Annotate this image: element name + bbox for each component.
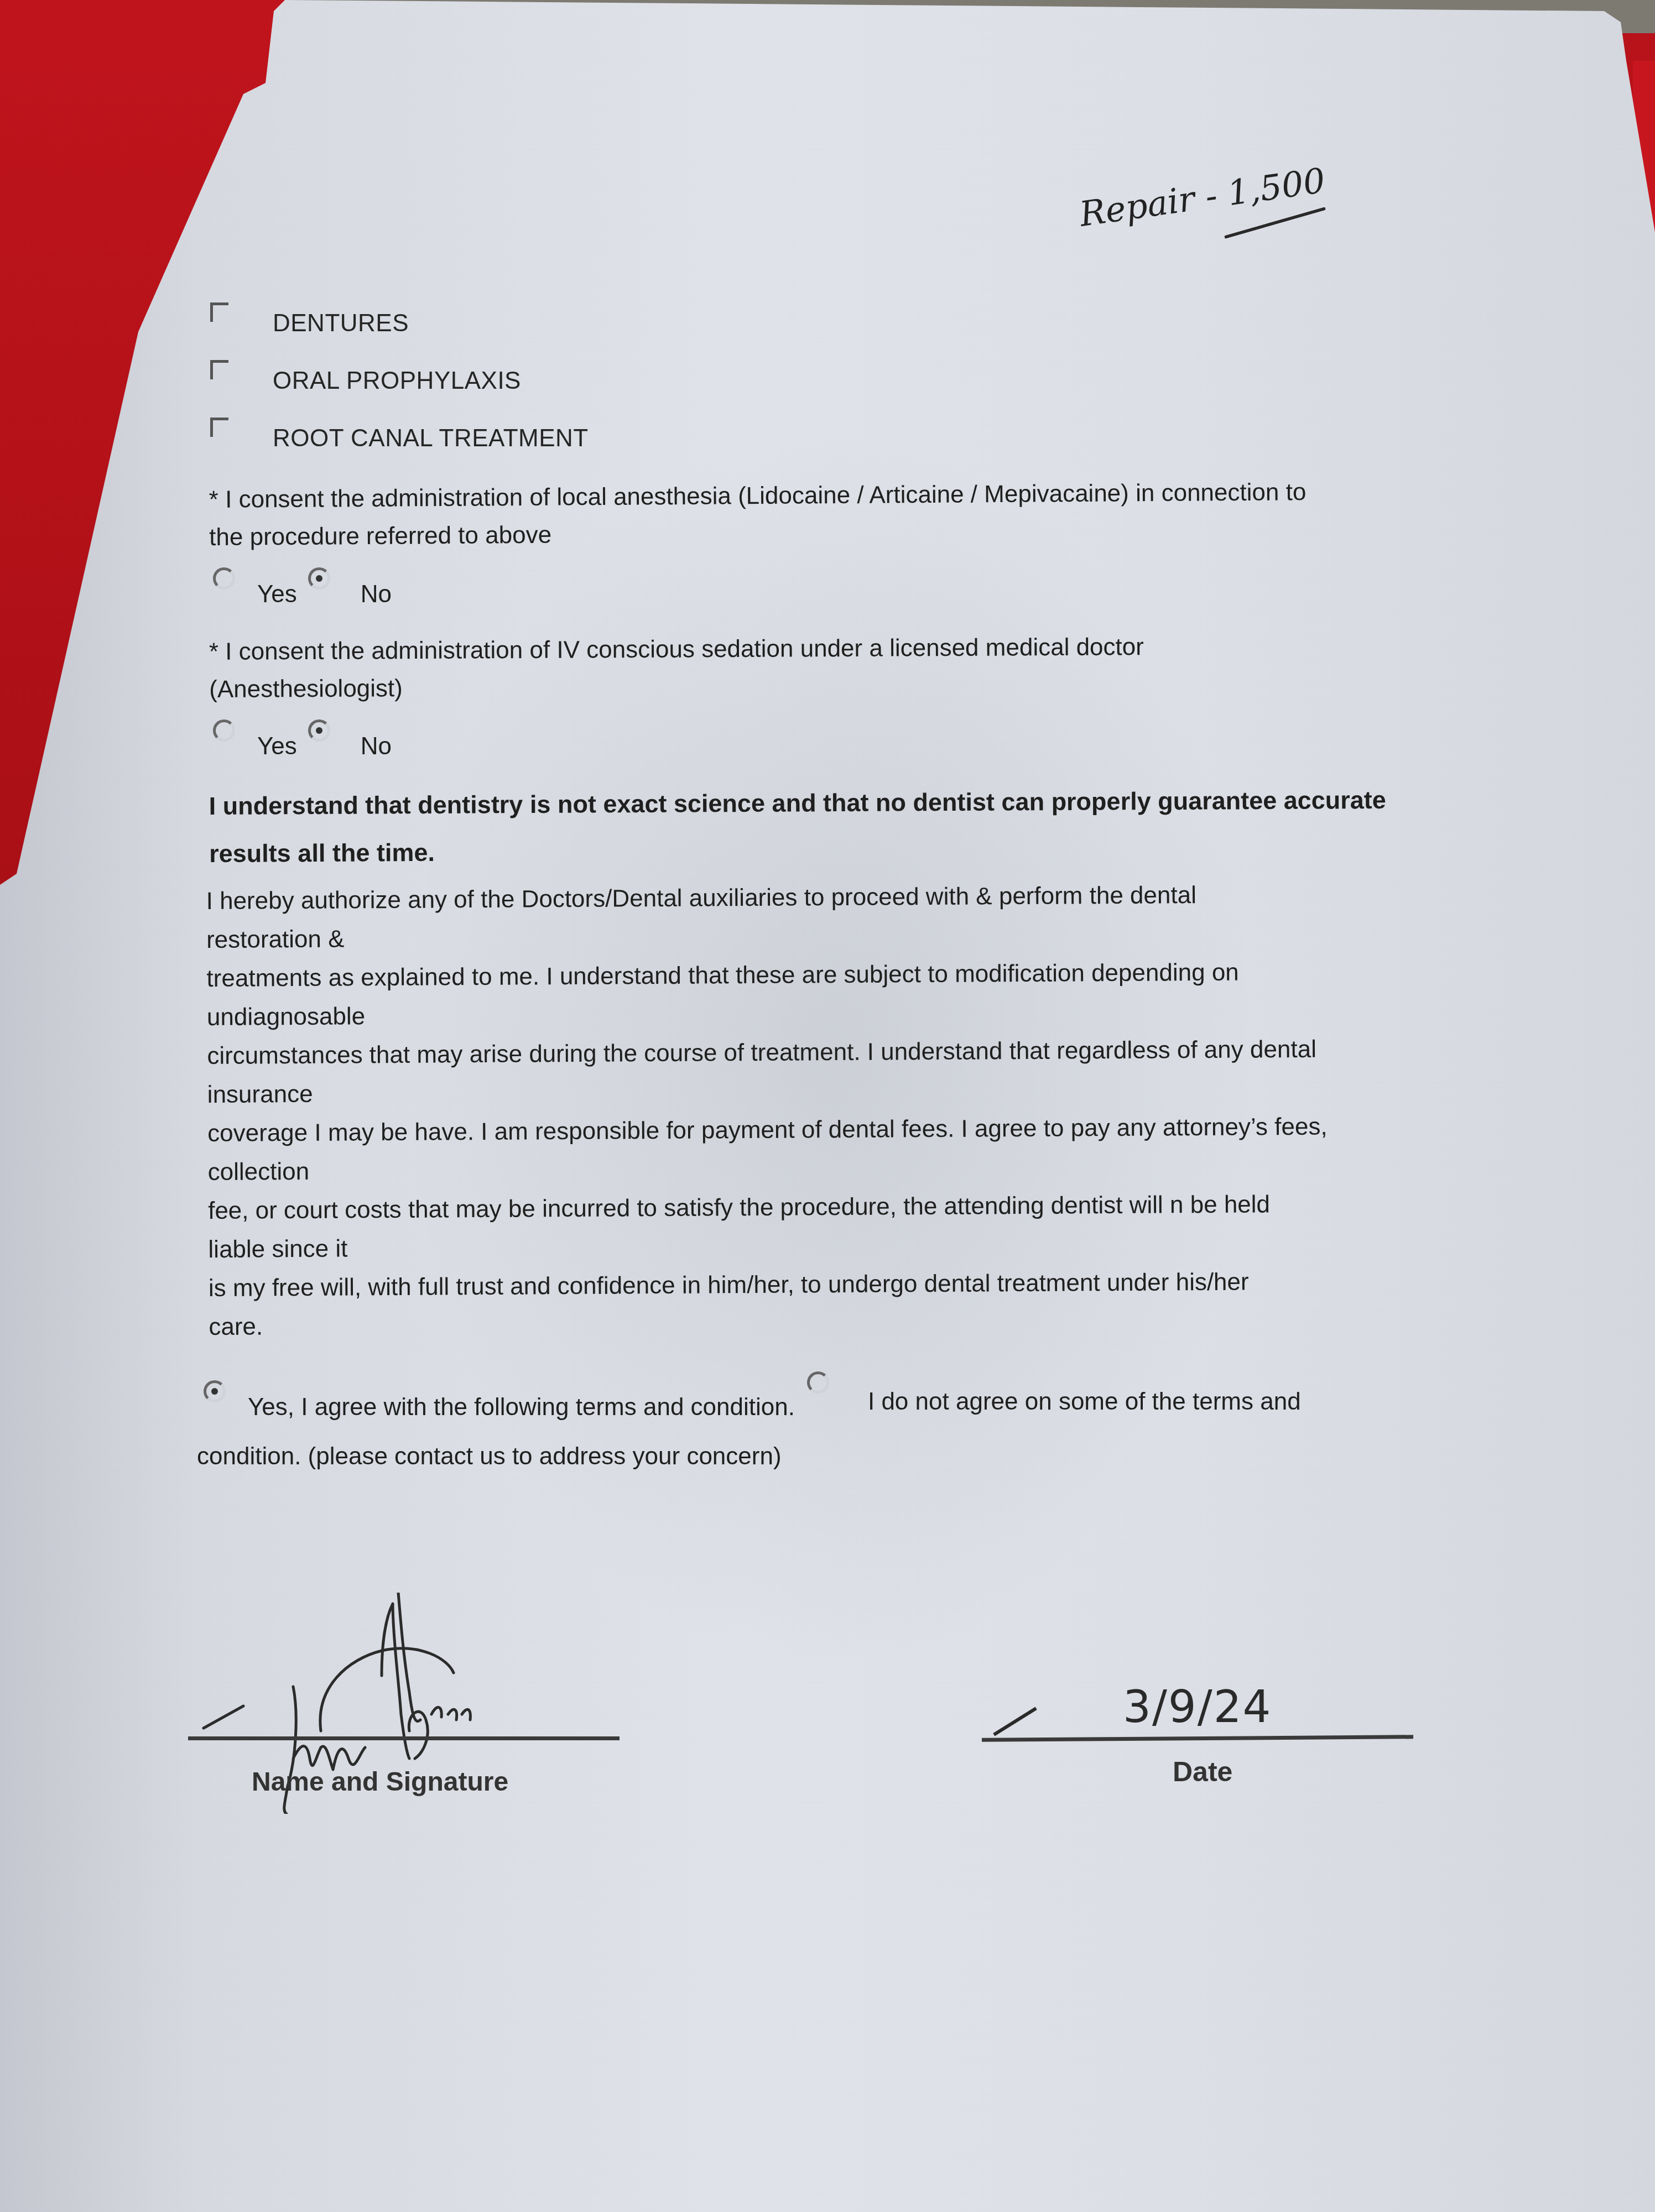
radio-disagree-icon[interactable] [807, 1371, 829, 1394]
date-tick-mark [993, 1707, 1037, 1736]
radio-label-no: No [361, 733, 392, 760]
agreement-options: Yes, I agree with the following terms an… [204, 1394, 1301, 1421]
radio-agree-icon[interactable] [204, 1380, 226, 1402]
disagree-label: I do not agree on some of the terms and [868, 1388, 1301, 1416]
authorization-line: treatments as explained to me. I underst… [206, 953, 1326, 998]
authorization-line: restoration & [206, 914, 1326, 959]
radio-label-yes: Yes [257, 733, 297, 760]
agree-label: Yes, I agree with the following terms an… [248, 1394, 795, 1421]
checkbox-icon[interactable] [210, 360, 228, 379]
radio-no-icon[interactable] [308, 719, 330, 742]
procedure-root-canal[interactable]: ROOT CANAL TREATMENT [210, 425, 589, 452]
date-caption: Date [1173, 1756, 1232, 1788]
procedure-label: ROOT CANAL TREATMENT [273, 425, 589, 452]
radio-label-no: No [361, 581, 392, 608]
disclaimer-line: results all the time. [209, 824, 1386, 878]
radio-label-yes: Yes [257, 581, 297, 608]
authorization-line: fee, or court costs that may be incurred… [208, 1185, 1328, 1230]
disagree-label-continued: condition. (please contact us to address… [197, 1438, 782, 1475]
authorization-line: undiagnosable [207, 992, 1327, 1037]
consent-line: * I consent the administration of IV con… [209, 628, 1144, 671]
authorization-paragraph: I hereby authorize any of the Doctors/De… [206, 875, 1328, 1347]
checkbox-icon[interactable] [210, 418, 228, 437]
local-anesthesia-options: Yes No [213, 581, 392, 608]
handwritten-note: Repair - 1,500 [1077, 160, 1328, 234]
authorization-line: circumstances that may arise during the … [207, 1030, 1327, 1076]
procedure-label: ORAL PROPHYLAXIS [273, 367, 521, 395]
checkbox-icon[interactable] [210, 302, 228, 322]
authorization-line: liable since it [208, 1224, 1328, 1269]
radio-yes-icon[interactable] [213, 567, 235, 589]
procedure-oral-prophylaxis[interactable]: ORAL PROPHYLAXIS [210, 367, 521, 395]
authorization-line: care. [209, 1301, 1329, 1347]
consent-local-anesthesia: * I consent the administration of local … [209, 473, 1307, 556]
authorization-line: is my free will, with full trust and con… [209, 1262, 1329, 1308]
signature-line [188, 1736, 620, 1740]
radio-yes-icon[interactable] [213, 719, 235, 742]
disclaimer: I understand that dentistry is not exact… [209, 776, 1387, 878]
consent-line: * I consent the administration of local … [209, 473, 1307, 519]
authorization-line: I hereby authorize any of the Doctors/De… [206, 875, 1326, 921]
authorization-line: coverage I may be have. I am responsible… [207, 1108, 1328, 1153]
authorization-line: collection [207, 1146, 1328, 1192]
consent-line: the procedure referred to above [209, 511, 1307, 556]
disclaimer-line: I understand that dentistry is not exact… [209, 776, 1386, 830]
radio-no-icon[interactable] [308, 567, 330, 589]
iv-sedation-options: Yes No [213, 733, 392, 760]
consent-form: Repair - 1,500 DENTURES ORAL PROPHYLAXIS… [0, 0, 1655, 2212]
date-value[interactable]: 3/9/24 [1123, 1681, 1272, 1733]
name-signature-caption: Name and Signature [252, 1767, 508, 1797]
authorization-line: insurance [207, 1069, 1328, 1114]
date-line [982, 1735, 1413, 1741]
procedure-dentures[interactable]: DENTURES [210, 310, 409, 337]
consent-iv-sedation: * I consent the administration of IV con… [209, 628, 1144, 708]
consent-line: (Anesthesiologist) [209, 666, 1144, 708]
procedure-label: DENTURES [273, 310, 409, 337]
